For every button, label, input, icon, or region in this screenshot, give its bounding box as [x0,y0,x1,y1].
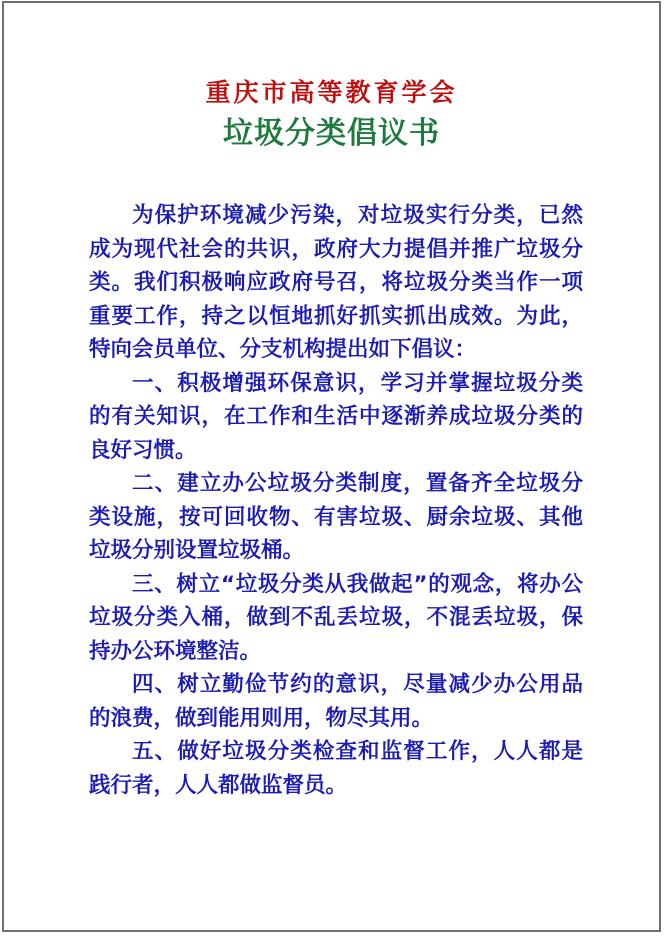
doc-title: 垃圾分类倡议书 [4,115,659,153]
paragraph-intro: 为保护环境减少污染，对垃圾实行分类，已然成为现代社会的共识，政府大力提倡并推广垃… [89,199,583,367]
document-page: 重庆市高等教育学会 垃圾分类倡议书 为保护环境减少污染，对垃圾实行分类，已然成为… [2,1,661,932]
document-header: 重庆市高等教育学会 垃圾分类倡议书 [4,3,659,153]
org-title: 重庆市高等教育学会 [4,77,659,109]
paragraph-item-1: 一、积极增强环保意识，学习并掌握垃圾分类的有关知识，在工作和生活中逐渐养成垃圾分… [89,367,583,468]
paragraph-item-5: 五、做好垃圾分类检查和监督工作，人人都是践行者，人人都做监督员。 [89,735,583,802]
document-body: 为保护环境减少污染，对垃圾实行分类，已然成为现代社会的共识，政府大力提倡并推广垃… [89,199,583,802]
paragraph-item-2: 二、建立办公垃圾分类制度，置备齐全垃圾分类设施，按可回收物、有害垃圾、厨余垃圾、… [89,467,583,568]
document-viewport: 重庆市高等教育学会 垃圾分类倡议书 为保护环境减少污染，对垃圾实行分类，已然成为… [0,0,664,938]
paragraph-item-4: 四、树立勤俭节约的意识，尽量减少办公用品的浪费，做到能用则用，物尽其用。 [89,668,583,735]
paragraph-item-3: 三、树立“垃圾分类从我做起”的观念，将办公垃圾分类入桶，做到不乱丢垃圾，不混丢垃… [89,568,583,669]
